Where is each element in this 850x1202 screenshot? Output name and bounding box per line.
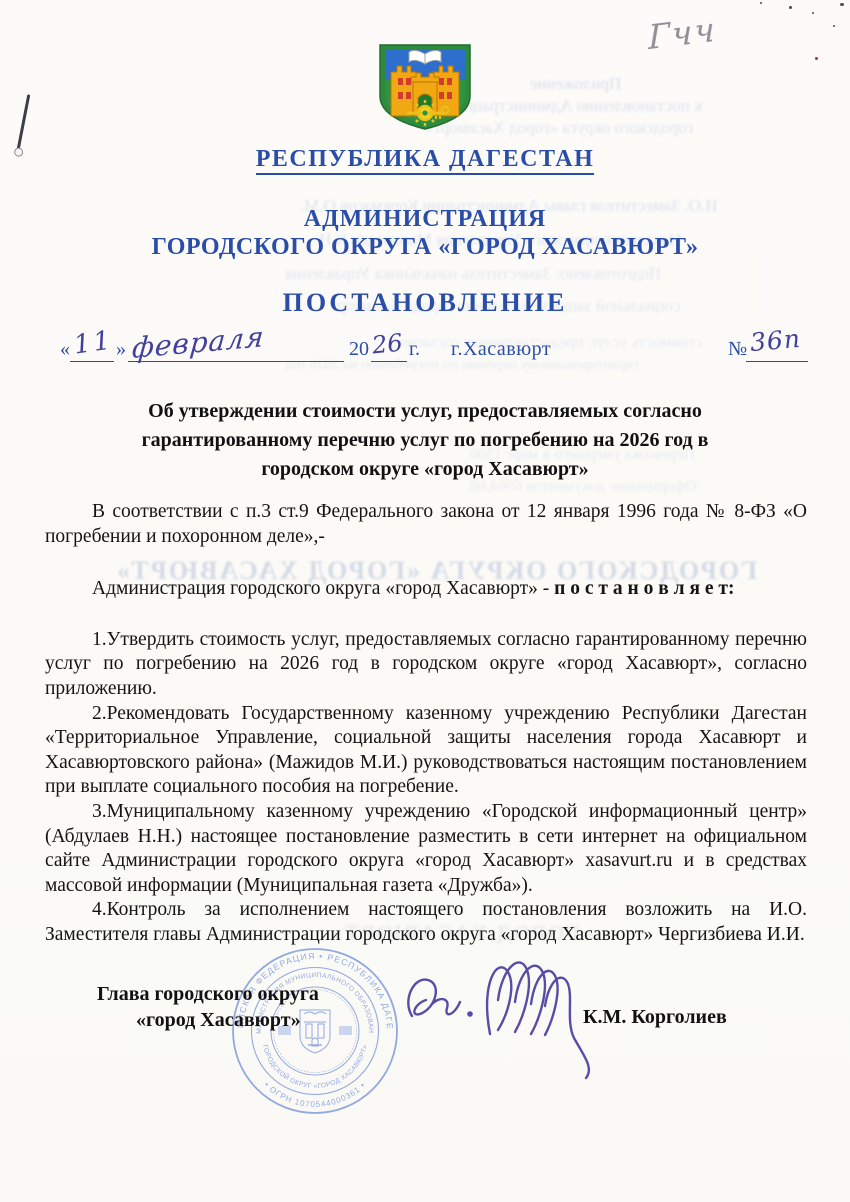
org-title-line1: АДМИНИСТРАЦИЯ [0, 206, 850, 233]
scan-speck [815, 57, 818, 60]
handwritten-day: 11 [72, 325, 115, 360]
decree-title-line2: гарантированному перечню услуг по погреб… [100, 426, 750, 455]
document-city: г.Хасавюрт [451, 338, 551, 361]
date-year-printed: 20 [349, 338, 369, 361]
bleed-text: Приложение [530, 74, 621, 94]
khasavyurt-coat-of-arms-icon [377, 42, 473, 132]
paragraph-item-4: 4.Контроль за исполнением настоящего пос… [45, 898, 807, 947]
org-title-line2: ГОРОДСКОГО ОКРУГА «ГОРОД ХАСАВЮРТ» [0, 234, 850, 261]
blank-line [746, 361, 808, 362]
handwritten-year: 26 [371, 328, 404, 359]
paragraph-preamble: В соответствии с п.3 ст.9 Федерального з… [45, 500, 807, 549]
republic-title: РЕСПУБЛИКА ДАГЕСТАН [0, 146, 850, 173]
blank-line [371, 361, 407, 362]
svg-text:ГОРОДСКОЙ ОКРУГ «ГОРОД ХАСАВЮР: ГОРОДСКОЙ ОКРУГ «ГОРОД ХАСАВЮРТ» [261, 1044, 369, 1090]
scan-speck [840, 3, 844, 6]
date-year-suffix: г. [409, 338, 420, 361]
decree-title-line3: городском округе «город Хасавюрт» [100, 455, 750, 484]
paragraph-item-1: 1.Утвердить стоимость услуг, предоставля… [45, 628, 807, 702]
handwritten-number: 36п [749, 324, 802, 357]
decree-title-line1: Об утверждении стоимости услуг, предоста… [100, 397, 750, 426]
date-close-quote: » [116, 338, 126, 361]
scan-speck [812, 12, 814, 14]
bleed-text: к постановлению Администрации [455, 96, 702, 116]
date-open-quote: « [60, 338, 70, 361]
paragraph-item-2: 2.Рекомендовать Государственному казенно… [45, 702, 807, 800]
resolves-verb: п о с т а н о в л я е т: [554, 578, 734, 599]
pencil-note: Гчч [648, 10, 717, 58]
paragraph-resolves: Администрация городского округа «город Х… [45, 577, 807, 602]
handwritten-month: февраля [131, 320, 266, 365]
doc-type-title: ПОСТАНОВЛЕНИЕ [0, 288, 850, 318]
document-number-sign: № [728, 338, 747, 361]
signer-name: К.М. Корголиев [583, 1006, 727, 1029]
stamp-bottom-text: ГОРОДСКОЙ ОКРУГ «ГОРОД ХАСАВЮРТ» [261, 1044, 369, 1090]
bleed-text: Подготовлено: Заместитель начальника Упр… [285, 264, 661, 284]
blank-line [70, 361, 114, 362]
scan-speck [760, 2, 762, 4]
signer-post-line1: Глава городского округа [97, 983, 319, 1006]
decree-body: В соответствии с п.3 ст.9 Федерального з… [45, 500, 807, 948]
scan-speck [789, 6, 792, 9]
pen-stray-mark [17, 94, 31, 150]
scanned-decree-page: Приложение к постановлению Администрации… [0, 0, 850, 1202]
paragraph-item-3: 3.Муниципальному казенному учреждению «Г… [45, 800, 807, 898]
resolves-lead: Администрация городского округа «город Х… [92, 578, 554, 599]
signer-post-line2: «город Хасавюрт» [136, 1009, 301, 1032]
scan-speck [833, 25, 835, 27]
